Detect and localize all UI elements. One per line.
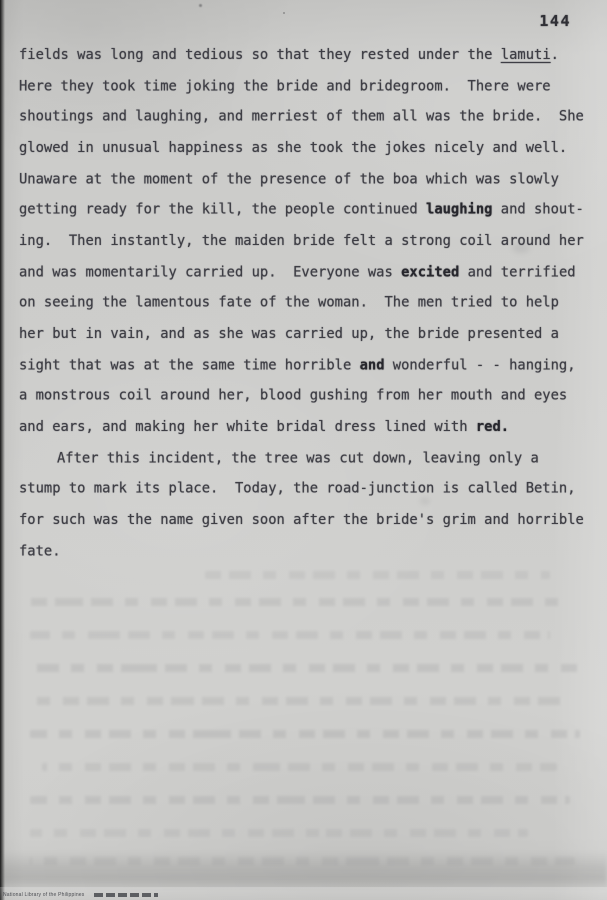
typed-text-segment: excited: [401, 265, 459, 281]
typed-line: on seeing the lamentous fate of the woma…: [19, 295, 597, 326]
scan-footer: National Library of the Philippines: [3, 892, 158, 898]
typed-text-block: fields was long and tedious so that they…: [19, 47, 597, 574]
page-number: 144: [539, 12, 571, 30]
typed-text-segment: a monstrous coil around her, blood gushi…: [19, 388, 567, 404]
typed-text-segment: Here they took time joking the bride and…: [19, 79, 551, 95]
typed-line: ing. Then instantly, the maiden bride fe…: [19, 233, 597, 264]
typed-text-segment: fate.: [19, 544, 61, 560]
typed-text-segment: stump to mark its place. Today, the road…: [19, 481, 576, 497]
typed-text-segment: glowed in unusual happiness as she took …: [19, 140, 567, 156]
typed-text-segment: for such was the name given soon after t…: [19, 512, 584, 528]
bleed-through-line: [30, 598, 570, 606]
typed-line: a monstrous coil around her, blood gushi…: [19, 388, 597, 419]
typed-text-segment: and: [360, 358, 385, 374]
typed-text-segment: on seeing the lamentous fate of the woma…: [19, 295, 559, 311]
typed-text-segment: ing. Then instantly, the maiden bride fe…: [19, 233, 584, 249]
typed-text-segment: her but in vain, and as she was carried …: [19, 326, 559, 342]
dust-speck: [283, 12, 285, 14]
bleed-through-line: [30, 730, 580, 738]
typed-text-segment: wonderful - - hanging,: [385, 358, 576, 374]
typed-line: her but in vain, and as she was carried …: [19, 326, 597, 357]
typed-line: Unaware at the moment of the presence of…: [19, 172, 597, 203]
footer-illegible-code: [94, 893, 158, 897]
typed-text-segment: Unaware at the moment of the presence of…: [19, 172, 559, 188]
typed-text-segment: lamuti: [501, 47, 551, 63]
typed-text-segment: and ears, and making her white bridal dr…: [19, 419, 476, 435]
bleed-through-line: [30, 697, 565, 705]
typed-line: getting ready for the kill, the people c…: [19, 202, 597, 233]
typed-text-segment: and was momentarily carried up. Everyone…: [19, 265, 401, 281]
typed-line: fate.: [19, 544, 597, 575]
typed-text-segment: fields was long and tedious so that they…: [19, 47, 501, 63]
typed-text-segment: .: [551, 47, 559, 63]
bleed-through-line: [30, 664, 578, 672]
bleed-through-line: [30, 631, 550, 639]
bleed-through-line: [42, 763, 557, 771]
bleed-through-line: [30, 829, 528, 837]
typed-text-segment: laughing: [426, 202, 492, 218]
scanned-page: 144 fields was long and tedious so that …: [0, 0, 607, 900]
typed-line: shoutings and laughing, and merriest of …: [19, 109, 597, 140]
typed-line: glowed in unusual happiness as she took …: [19, 140, 597, 171]
typed-text-segment: and shout-: [492, 202, 583, 218]
typed-text-segment: shoutings and laughing, and merriest of …: [19, 109, 584, 125]
typed-line: stump to mark its place. Today, the road…: [19, 481, 597, 512]
bleed-through-line: [205, 571, 550, 579]
typed-line: and was momentarily carried up. Everyone…: [19, 265, 597, 296]
bleed-through-line: [30, 857, 575, 865]
typed-line: After this incident, the tree was cut do…: [19, 451, 597, 482]
typed-text-segment: getting ready for the kill, the people c…: [19, 202, 426, 218]
typed-text-segment: and terrified: [459, 265, 575, 281]
library-watermark: National Library of the Philippines: [3, 892, 85, 898]
typed-text-segment: red.: [476, 419, 509, 435]
typed-line: sight that was at the same time horrible…: [19, 358, 597, 389]
typed-line: Here they took time joking the bride and…: [19, 79, 597, 110]
typed-line: fields was long and tedious so that they…: [19, 47, 597, 78]
typed-text-segment: After this incident, the tree was cut do…: [57, 451, 539, 467]
typed-line: for such was the name given soon after t…: [19, 512, 597, 543]
bleed-through-line: [30, 796, 570, 804]
dust-speck: [199, 4, 202, 7]
ink-smudge: [512, 243, 530, 253]
typed-line: and ears, and making her white bridal dr…: [19, 419, 597, 450]
ink-smudge: [420, 498, 430, 504]
typed-text-segment: sight that was at the same time horrible: [19, 358, 360, 374]
scan-edge-shadow: [0, 0, 5, 900]
